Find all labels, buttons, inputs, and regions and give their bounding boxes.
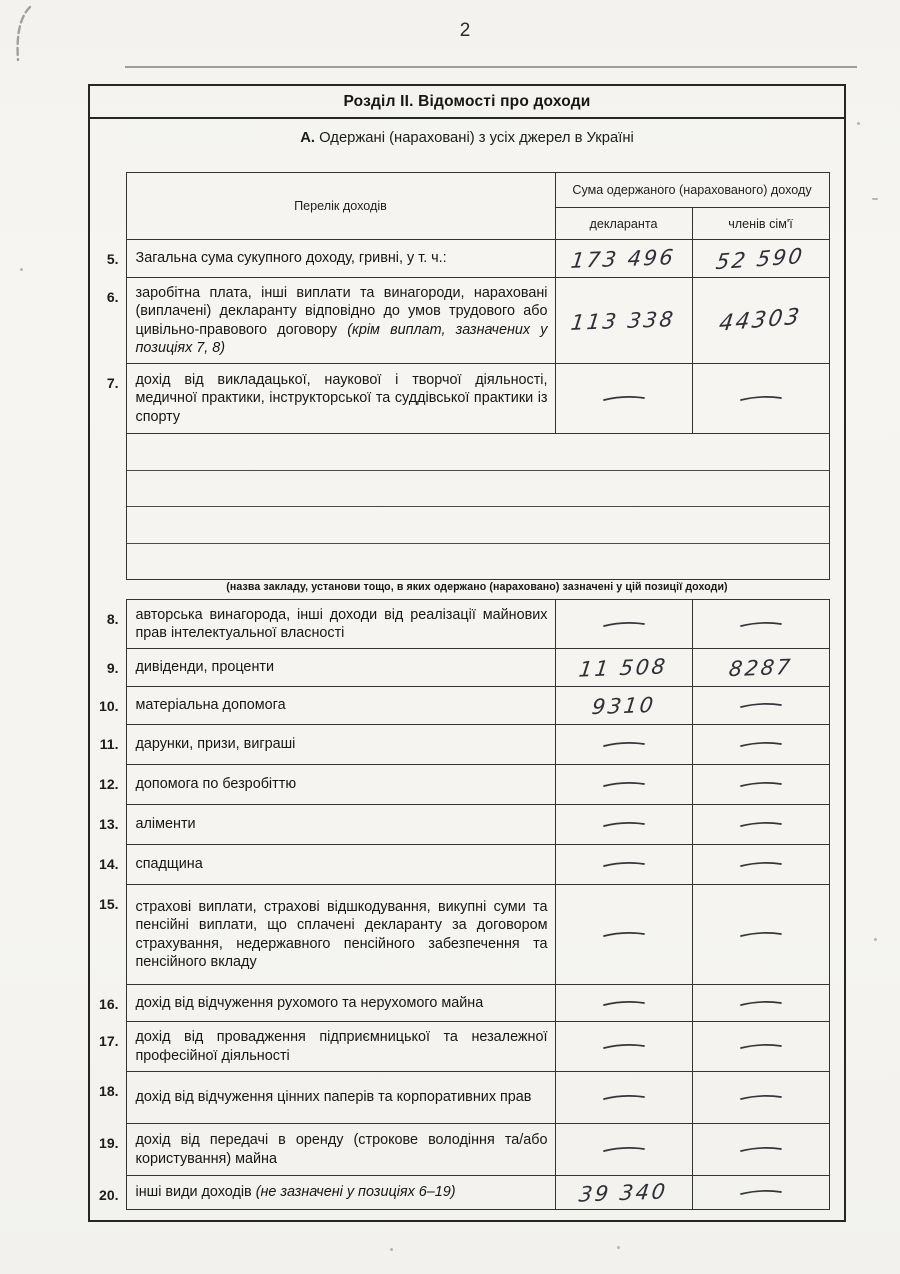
horizontal-rule bbox=[125, 66, 857, 68]
handwritten-dash bbox=[737, 858, 785, 870]
family-amount-cell bbox=[692, 885, 829, 985]
handwritten-dash bbox=[737, 1143, 785, 1155]
income-description: Загальна сума сукупного доходу, гривні, … bbox=[126, 240, 555, 278]
row-number: 8. bbox=[92, 600, 126, 649]
income-description: дохід від провадження підприємницької та… bbox=[126, 1022, 555, 1072]
handwritten-amount: 113 338 bbox=[570, 307, 677, 335]
handwritten-dash bbox=[737, 699, 785, 711]
family-amount-cell bbox=[692, 1072, 829, 1124]
scan-speck bbox=[617, 1246, 620, 1249]
declarant-amount-cell bbox=[555, 364, 692, 434]
income-description: страхові виплати, страхові відшкодування… bbox=[126, 885, 555, 985]
row-number: 10. bbox=[92, 687, 126, 725]
handwritten-amount: 39 340 bbox=[578, 1179, 669, 1206]
row-number: 17. bbox=[92, 1022, 126, 1072]
family-amount-cell bbox=[692, 687, 829, 725]
declarant-amount-cell bbox=[555, 725, 692, 765]
income-description: заробітна плата, інші виплати та винагор… bbox=[126, 278, 555, 364]
row-number: 13. bbox=[92, 805, 126, 845]
income-description: матеріальна допомога bbox=[126, 687, 555, 725]
form-outer-border: Розділ II. Відомості про доходи А. Одерж… bbox=[88, 84, 846, 1222]
declarant-amount-cell bbox=[555, 845, 692, 885]
family-amount-cell bbox=[692, 1176, 829, 1210]
handwritten-amount: 52 590 bbox=[715, 243, 807, 273]
write-in-line bbox=[127, 506, 829, 507]
income-description: інші види доходів (не зазначені у позиці… bbox=[126, 1176, 555, 1210]
income-description: спадщина bbox=[126, 845, 555, 885]
handwritten-dash bbox=[600, 738, 648, 750]
income-rows-8-20: 8.авторська винагорода, інші доходи від … bbox=[92, 600, 829, 1210]
family-amount-cell: 44303 bbox=[692, 278, 829, 364]
handwritten-amount: 44303 bbox=[718, 304, 804, 337]
income-row: 14.спадщина bbox=[92, 845, 829, 885]
scan-speck bbox=[20, 268, 23, 271]
income-table-header: Перелік доходів Сума одержаного (нарахов… bbox=[92, 173, 829, 240]
scanned-declaration-page: 2 Розділ II. Відомості про доходи А. Оде… bbox=[0, 0, 900, 1274]
family-amount-cell bbox=[692, 985, 829, 1022]
source-note-caption: (назва закладу, установи тощо, в яких од… bbox=[126, 581, 828, 593]
income-description-note: (крім виплат, зазначених у позиціях 7, 8… bbox=[136, 322, 548, 356]
handwritten-dash bbox=[600, 997, 648, 1009]
scan-speck bbox=[874, 938, 877, 941]
handwritten-amount: 8287 bbox=[727, 654, 793, 680]
handwritten-dash bbox=[600, 618, 648, 630]
row-number: 20. bbox=[92, 1176, 126, 1210]
scan-speck bbox=[872, 198, 878, 200]
income-description: аліменти bbox=[126, 805, 555, 845]
write-in-line bbox=[127, 543, 829, 544]
subsection-title: А. Одержані (нараховані) з усіх джерел в… bbox=[90, 130, 844, 146]
income-row: 6.заробітна плата, інші виплати та винаг… bbox=[92, 278, 829, 364]
handwritten-dash bbox=[737, 738, 785, 750]
row-number: 9. bbox=[92, 649, 126, 687]
family-amount-cell bbox=[692, 364, 829, 434]
handwritten-dash bbox=[600, 1091, 648, 1103]
income-description: дохід від викладацької, наукової і творч… bbox=[126, 364, 555, 434]
income-description: авторська винагорода, інші доходи від ре… bbox=[126, 600, 555, 649]
header-sum-title: Сума одержаного (нарахованого) доходу bbox=[555, 173, 829, 208]
declarant-amount-cell bbox=[555, 765, 692, 805]
income-row: 15.страхові виплати, страхові відшкодува… bbox=[92, 885, 829, 985]
row-number: 5. bbox=[92, 240, 126, 278]
declarant-amount-cell: 39 340 bbox=[555, 1176, 692, 1210]
income-description: дохід від відчуження рухомого та нерухом… bbox=[126, 985, 555, 1022]
handwritten-dash bbox=[737, 1186, 785, 1198]
income-table-top: Перелік доходів Сума одержаного (нарахов… bbox=[92, 172, 830, 580]
income-rows-5-7: 5.Загальна сума сукупного доходу, гривні… bbox=[92, 240, 829, 434]
handwritten-amount: 11 508 bbox=[578, 654, 669, 681]
handwritten-dash bbox=[737, 997, 785, 1009]
handwritten-dash bbox=[737, 928, 785, 940]
income-row: 5.Загальна сума сукупного доходу, гривні… bbox=[92, 240, 829, 278]
row-number: 15. bbox=[92, 885, 126, 985]
income-row: 18.дохід від відчуження цінних паперів т… bbox=[92, 1072, 829, 1124]
handwritten-dash bbox=[737, 618, 785, 630]
row-number: 11. bbox=[92, 725, 126, 765]
row-number: 6. bbox=[92, 278, 126, 364]
scan-speck bbox=[390, 1248, 393, 1251]
declarant-amount-cell: 113 338 bbox=[555, 278, 692, 364]
declarant-amount-cell: 11 508 bbox=[555, 649, 692, 687]
declarant-amount-cell bbox=[555, 985, 692, 1022]
subsection-text: Одержані (нараховані) з усіх джерел в Ук… bbox=[315, 130, 634, 146]
handwritten-dash bbox=[737, 818, 785, 830]
handwritten-amount: 173 496 bbox=[570, 245, 677, 273]
declarant-amount-cell bbox=[555, 1124, 692, 1176]
family-amount-cell bbox=[692, 725, 829, 765]
handwritten-dash bbox=[600, 392, 648, 404]
income-row: 13.аліменти bbox=[92, 805, 829, 845]
income-source-lined-row bbox=[92, 434, 829, 580]
income-description-note: (не зазначені у позиціях 6–19) bbox=[252, 1184, 456, 1200]
row-number: 18. bbox=[92, 1072, 126, 1124]
row-number: 7. bbox=[92, 364, 126, 434]
gutter-empty bbox=[92, 434, 126, 580]
handwritten-dash bbox=[737, 1040, 785, 1052]
income-description: дивіденди, проценти bbox=[126, 649, 555, 687]
handwritten-dash bbox=[737, 392, 785, 404]
handwritten-dash bbox=[737, 1091, 785, 1103]
income-row: 10.матеріальна допомога9310 bbox=[92, 687, 829, 725]
income-row: 19.дохід від передачі в оренду (строкове… bbox=[92, 1124, 829, 1176]
income-description: дохід від відчуження цінних паперів та к… bbox=[126, 1072, 555, 1124]
income-table-bottom: 8.авторська винагорода, інші доходи від … bbox=[92, 599, 830, 1210]
income-row: 17.дохід від провадження підприємницької… bbox=[92, 1022, 829, 1072]
family-amount-cell bbox=[692, 765, 829, 805]
write-in-line bbox=[127, 470, 829, 471]
family-amount-cell bbox=[692, 1124, 829, 1176]
income-row: 8.авторська винагорода, інші доходи від … bbox=[92, 600, 829, 649]
subsection-letter: А. bbox=[300, 130, 315, 146]
family-amount-cell bbox=[692, 600, 829, 649]
declarant-amount-cell bbox=[555, 1022, 692, 1072]
handwritten-dash bbox=[600, 928, 648, 940]
income-source-write-in-area bbox=[126, 434, 829, 580]
income-row: 9.дивіденди, проценти11 5088287 bbox=[92, 649, 829, 687]
family-amount-cell: 52 590 bbox=[692, 240, 829, 278]
declarant-amount-cell: 9310 bbox=[555, 687, 692, 725]
family-amount-cell bbox=[692, 845, 829, 885]
declarant-amount-cell bbox=[555, 885, 692, 985]
income-source-box bbox=[92, 434, 829, 580]
section-title: Розділ II. Відомості про доходи bbox=[90, 86, 844, 119]
income-row: 20.інші види доходів (не зазначені у поз… bbox=[92, 1176, 829, 1210]
row-number: 19. bbox=[92, 1124, 126, 1176]
handwritten-amount: 9310 bbox=[590, 692, 656, 718]
declarant-amount-cell bbox=[555, 1072, 692, 1124]
income-row: 11.дарунки, призи, виграші bbox=[92, 725, 829, 765]
handwritten-dash bbox=[600, 818, 648, 830]
family-amount-cell bbox=[692, 805, 829, 845]
row-number: 14. bbox=[92, 845, 126, 885]
page-number: 2 bbox=[0, 20, 900, 42]
declarant-amount-cell: 173 496 bbox=[555, 240, 692, 278]
row-number: 12. bbox=[92, 765, 126, 805]
pen-stroke-mark bbox=[6, 2, 40, 66]
handwritten-dash bbox=[600, 1143, 648, 1155]
family-amount-cell bbox=[692, 1022, 829, 1072]
row-number: 16. bbox=[92, 985, 126, 1022]
income-row: 16.дохід від відчуження рухомого та неру… bbox=[92, 985, 829, 1022]
income-row: 7.дохід від викладацької, наукової і тво… bbox=[92, 364, 829, 434]
header-income-list: Перелік доходів bbox=[126, 173, 555, 240]
income-description: допомога по безробіттю bbox=[126, 765, 555, 805]
scan-speck bbox=[857, 122, 860, 125]
income-row: 12.допомога по безробіттю bbox=[92, 765, 829, 805]
handwritten-dash bbox=[600, 858, 648, 870]
header-family: членів сім'ї bbox=[692, 208, 829, 240]
header-declarant: декларанта bbox=[555, 208, 692, 240]
handwritten-dash bbox=[600, 1040, 648, 1052]
declarant-amount-cell bbox=[555, 600, 692, 649]
header-gutter bbox=[92, 173, 126, 240]
income-description: дарунки, призи, виграші bbox=[126, 725, 555, 765]
handwritten-dash bbox=[600, 778, 648, 790]
family-amount-cell: 8287 bbox=[692, 649, 829, 687]
declarant-amount-cell bbox=[555, 805, 692, 845]
income-description: дохід від передачі в оренду (строкове во… bbox=[126, 1124, 555, 1176]
handwritten-dash bbox=[737, 778, 785, 790]
